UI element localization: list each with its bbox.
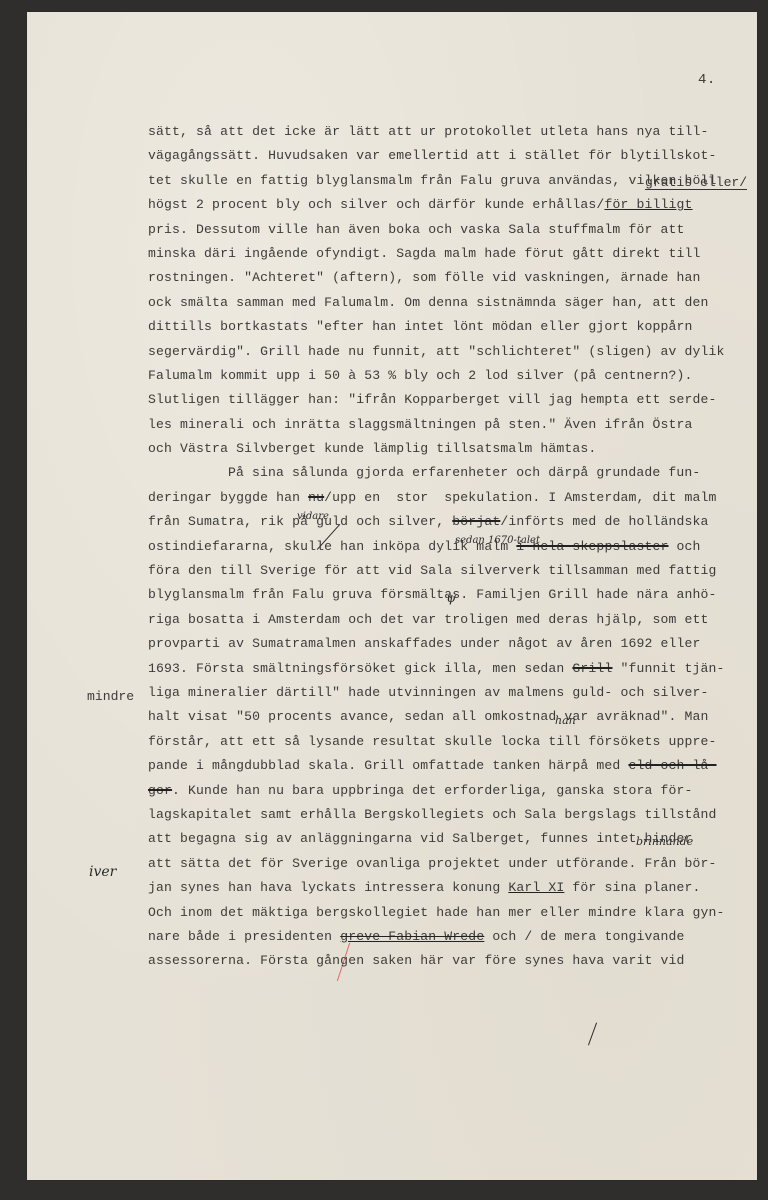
text-line: Och inom det mäktiga bergskollegiet hade… <box>148 901 748 925</box>
text-line: från Sumatra, rik på guld och silver, bö… <box>148 510 748 534</box>
struck-text: Grill <box>572 661 612 676</box>
text-line: assessorerna. Första gången saken här va… <box>148 949 748 973</box>
struck-text: i hela skeppslaster <box>516 539 668 554</box>
text-line: pande i mångdubblad skala. Grill omfatta… <box>148 754 748 778</box>
handwritten-iver: iver <box>89 864 116 880</box>
text-line: minska däri ingående ofyndigt. Sagda mal… <box>148 242 748 266</box>
underlined-text: Karl XI <box>508 880 564 895</box>
text-line: provparti av Sumatramalmen anskaffades u… <box>148 632 748 656</box>
text-line: nare både i presidenten greve Fabian Wre… <box>148 925 748 949</box>
margin-note-mindre: mindre <box>87 689 134 704</box>
struck-text: nu <box>308 490 324 505</box>
text-line: rostningen. "Achteret" (aftern), som föl… <box>148 266 748 290</box>
text-line: Falumalm kommit upp i 50 à 53 % bly och … <box>148 364 748 388</box>
document-page: 4. gratis eller/ mindre vidare sedan 167… <box>27 12 757 1180</box>
text-line: förstår, att ett så lysande resultat sku… <box>148 730 748 754</box>
text-line: 1693. Första smältningsförsöket gick ill… <box>148 657 748 681</box>
text-line: les minerali och inrätta slaggsmältninge… <box>148 413 748 437</box>
text-line: föra den till Sverige för att vid Sala s… <box>148 559 748 583</box>
typewritten-body: sätt, så att det icke är lätt att ur pro… <box>148 120 748 974</box>
text-line: riga bosatta i Amsterdam och det var tro… <box>148 608 748 632</box>
text-line: ostindiefararna, skulle han inköpa dylik… <box>148 535 748 559</box>
text-line: ock smälta samman med Falumalm. Om denna… <box>148 291 748 315</box>
text-line: dittills bortkastats "efter han intet lö… <box>148 315 748 339</box>
text-line: segervärdig". Grill hade nu funnit, att … <box>148 340 748 364</box>
text-line: halt visat "50 procents avance, sedan al… <box>148 705 748 729</box>
struck-text: börjat <box>452 514 500 529</box>
text-line: lagskapitalet samt erhålla Bergskollegie… <box>148 803 748 827</box>
insertion-slash-och <box>588 1023 597 1046</box>
text-line: jan synes han hava lyckats intressera ko… <box>148 876 748 900</box>
text-line: högst 2 procent bly och silver och därfö… <box>148 193 748 217</box>
text-line: liga mineralier därtill" hade utvinninge… <box>148 681 748 705</box>
text-line: deringar byggde han nu/upp en stor speku… <box>148 486 748 510</box>
text-line: tet skulle en fattig blyglansmalm från F… <box>148 169 748 193</box>
text-line: pris. Dessutom ville han även boka och v… <box>148 218 748 242</box>
paragraph-start-line: På sina sålunda gjorda erfarenheter och … <box>148 461 748 485</box>
struck-text: greve Fabian Wrede <box>340 929 484 944</box>
struck-text: gor <box>148 783 172 798</box>
page-number: 4. <box>698 72 716 88</box>
text-line: och Västra Silvberget kunde lämplig till… <box>148 437 748 461</box>
text-line: Slutligen tillägger han: "ifrån Kopparbe… <box>148 388 748 412</box>
text-line: sätt, så att det icke är lätt att ur pro… <box>148 120 748 144</box>
text-line: blyglansmalm från Falu gruva försmältas.… <box>148 583 748 607</box>
text-line: att begagna sig av anläggningarna vid Sa… <box>148 827 748 851</box>
text-line: att sätta det för Sverige ovanliga proje… <box>148 852 748 876</box>
text-line: vägagångssätt. Huvudsaken var emellertid… <box>148 144 748 168</box>
struck-text: eld och lå- <box>628 758 716 773</box>
text-line: gor. Kunde han nu bara uppbringa det erf… <box>148 779 748 803</box>
